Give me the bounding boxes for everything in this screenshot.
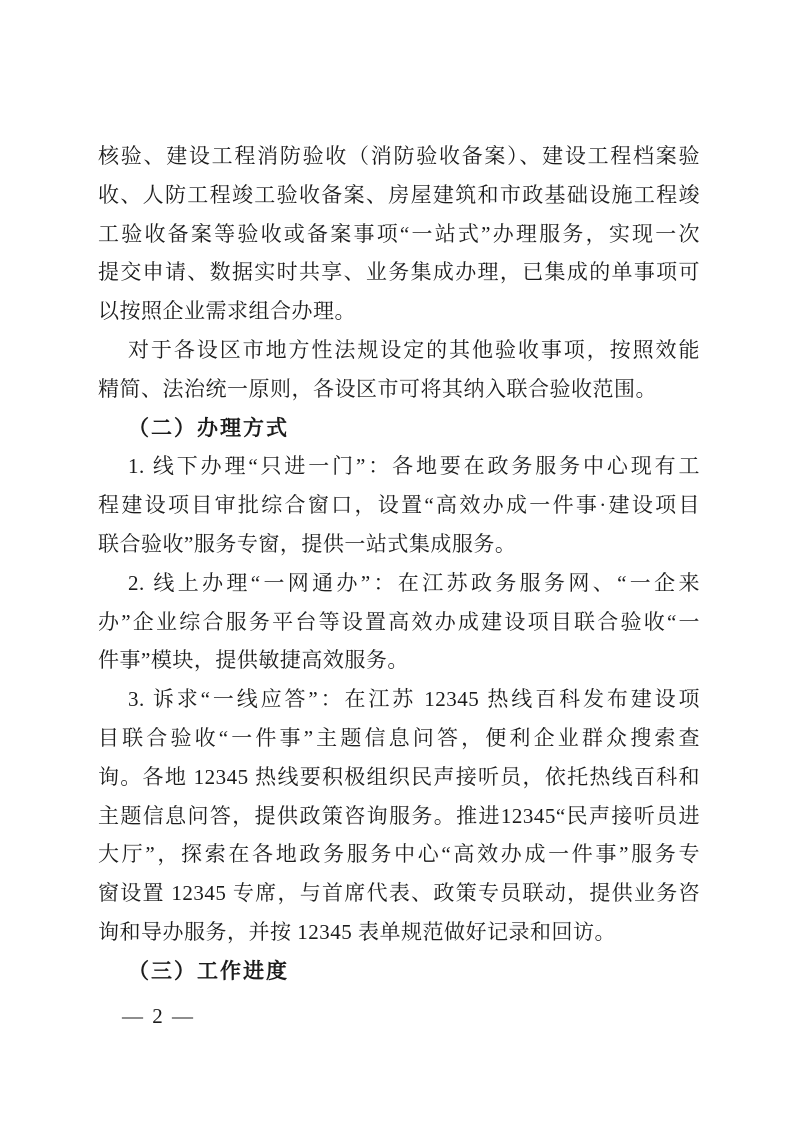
- document-line: 1. 线下办理“只进一门”：各地要在政务服务中心现有工: [98, 447, 700, 486]
- paragraph: 1. 线下办理“只进一门”：各地要在政务服务中心现有工程建设项目审批综合窗口，设…: [98, 447, 700, 563]
- paragraph: 3. 诉求“一线应答”：在江苏 12345 热线百科发布建设项目联合验收“一件事…: [98, 680, 700, 952]
- document-line: 2. 线上办理“一网通办”：在江苏政务服务网、“一企来: [98, 564, 700, 603]
- document-line: 件事”模块，提供敏捷高效服务。: [98, 641, 700, 680]
- document-line: 询和导办服务，并按 12345 表单规范做好记录和回访。: [98, 913, 700, 952]
- document-line: 询。各地 12345 热线要积极组织民声接听员，依托热线百科和: [98, 758, 700, 797]
- document-line: 联合验收”服务专窗，提供一站式集成服务。: [98, 525, 700, 564]
- paragraph: 核验、建设工程消防验收（消防验收备案）、建设工程档案验收、人防工程竣工验收备案、…: [98, 137, 700, 331]
- paragraph: 2. 线上办理“一网通办”：在江苏政务服务网、“一企来办”企业综合服务平台等设置…: [98, 564, 700, 680]
- document-line: 3. 诉求“一线应答”：在江苏 12345 热线百科发布建设项: [98, 680, 700, 719]
- document-line: 办”企业综合服务平台等设置高效办成建设项目联合验收“一: [98, 603, 700, 642]
- document-page: 核验、建设工程消防验收（消防验收备案）、建设工程档案验收、人防工程竣工验收备案、…: [0, 0, 800, 1132]
- document-line: 主题信息问答，提供政策咨询服务。推进12345“民声接听员进: [98, 797, 700, 836]
- paragraph: 对于各设区市地方性法规设定的其他验收事项，按照效能精简、法治统一原则，各设区市可…: [98, 331, 700, 409]
- section-heading: （三）工作进度: [98, 952, 700, 991]
- document-line: 对于各设区市地方性法规设定的其他验收事项，按照效能: [98, 331, 700, 370]
- page-number: — 2 —: [122, 1002, 195, 1030]
- document-line: 精简、法治统一原则，各设区市可将其纳入联合验收范围。: [98, 370, 700, 409]
- document-line: 提交申请、数据实时共享、业务集成办理，已集成的单事项可: [98, 253, 700, 292]
- document-line: 窗设置 12345 专席，与首席代表、政策专员联动，提供业务咨: [98, 874, 700, 913]
- document-line: 程建设项目审批综合窗口，设置“高效办成一件事·建设项目: [98, 486, 700, 525]
- document-line: 目联合验收“一件事”主题信息问答，便利企业群众搜索查: [98, 719, 700, 758]
- document-body: 核验、建设工程消防验收（消防验收备案）、建设工程档案验收、人防工程竣工验收备案、…: [98, 137, 700, 991]
- document-line: 收、人防工程竣工验收备案、房屋建筑和市政基础设施工程竣: [98, 176, 700, 215]
- document-line: 以按照企业需求组合办理。: [98, 292, 700, 331]
- document-line: （二）办理方式: [98, 409, 700, 448]
- section-heading: （二）办理方式: [98, 409, 700, 448]
- document-line: 工验收备案等验收或备案事项“一站式”办理服务，实现一次: [98, 215, 700, 254]
- document-line: 大厅”，探索在各地政务服务中心“高效办成一件事”服务专: [98, 835, 700, 874]
- document-line: 核验、建设工程消防验收（消防验收备案）、建设工程档案验: [98, 137, 700, 176]
- document-line: （三）工作进度: [98, 952, 700, 991]
